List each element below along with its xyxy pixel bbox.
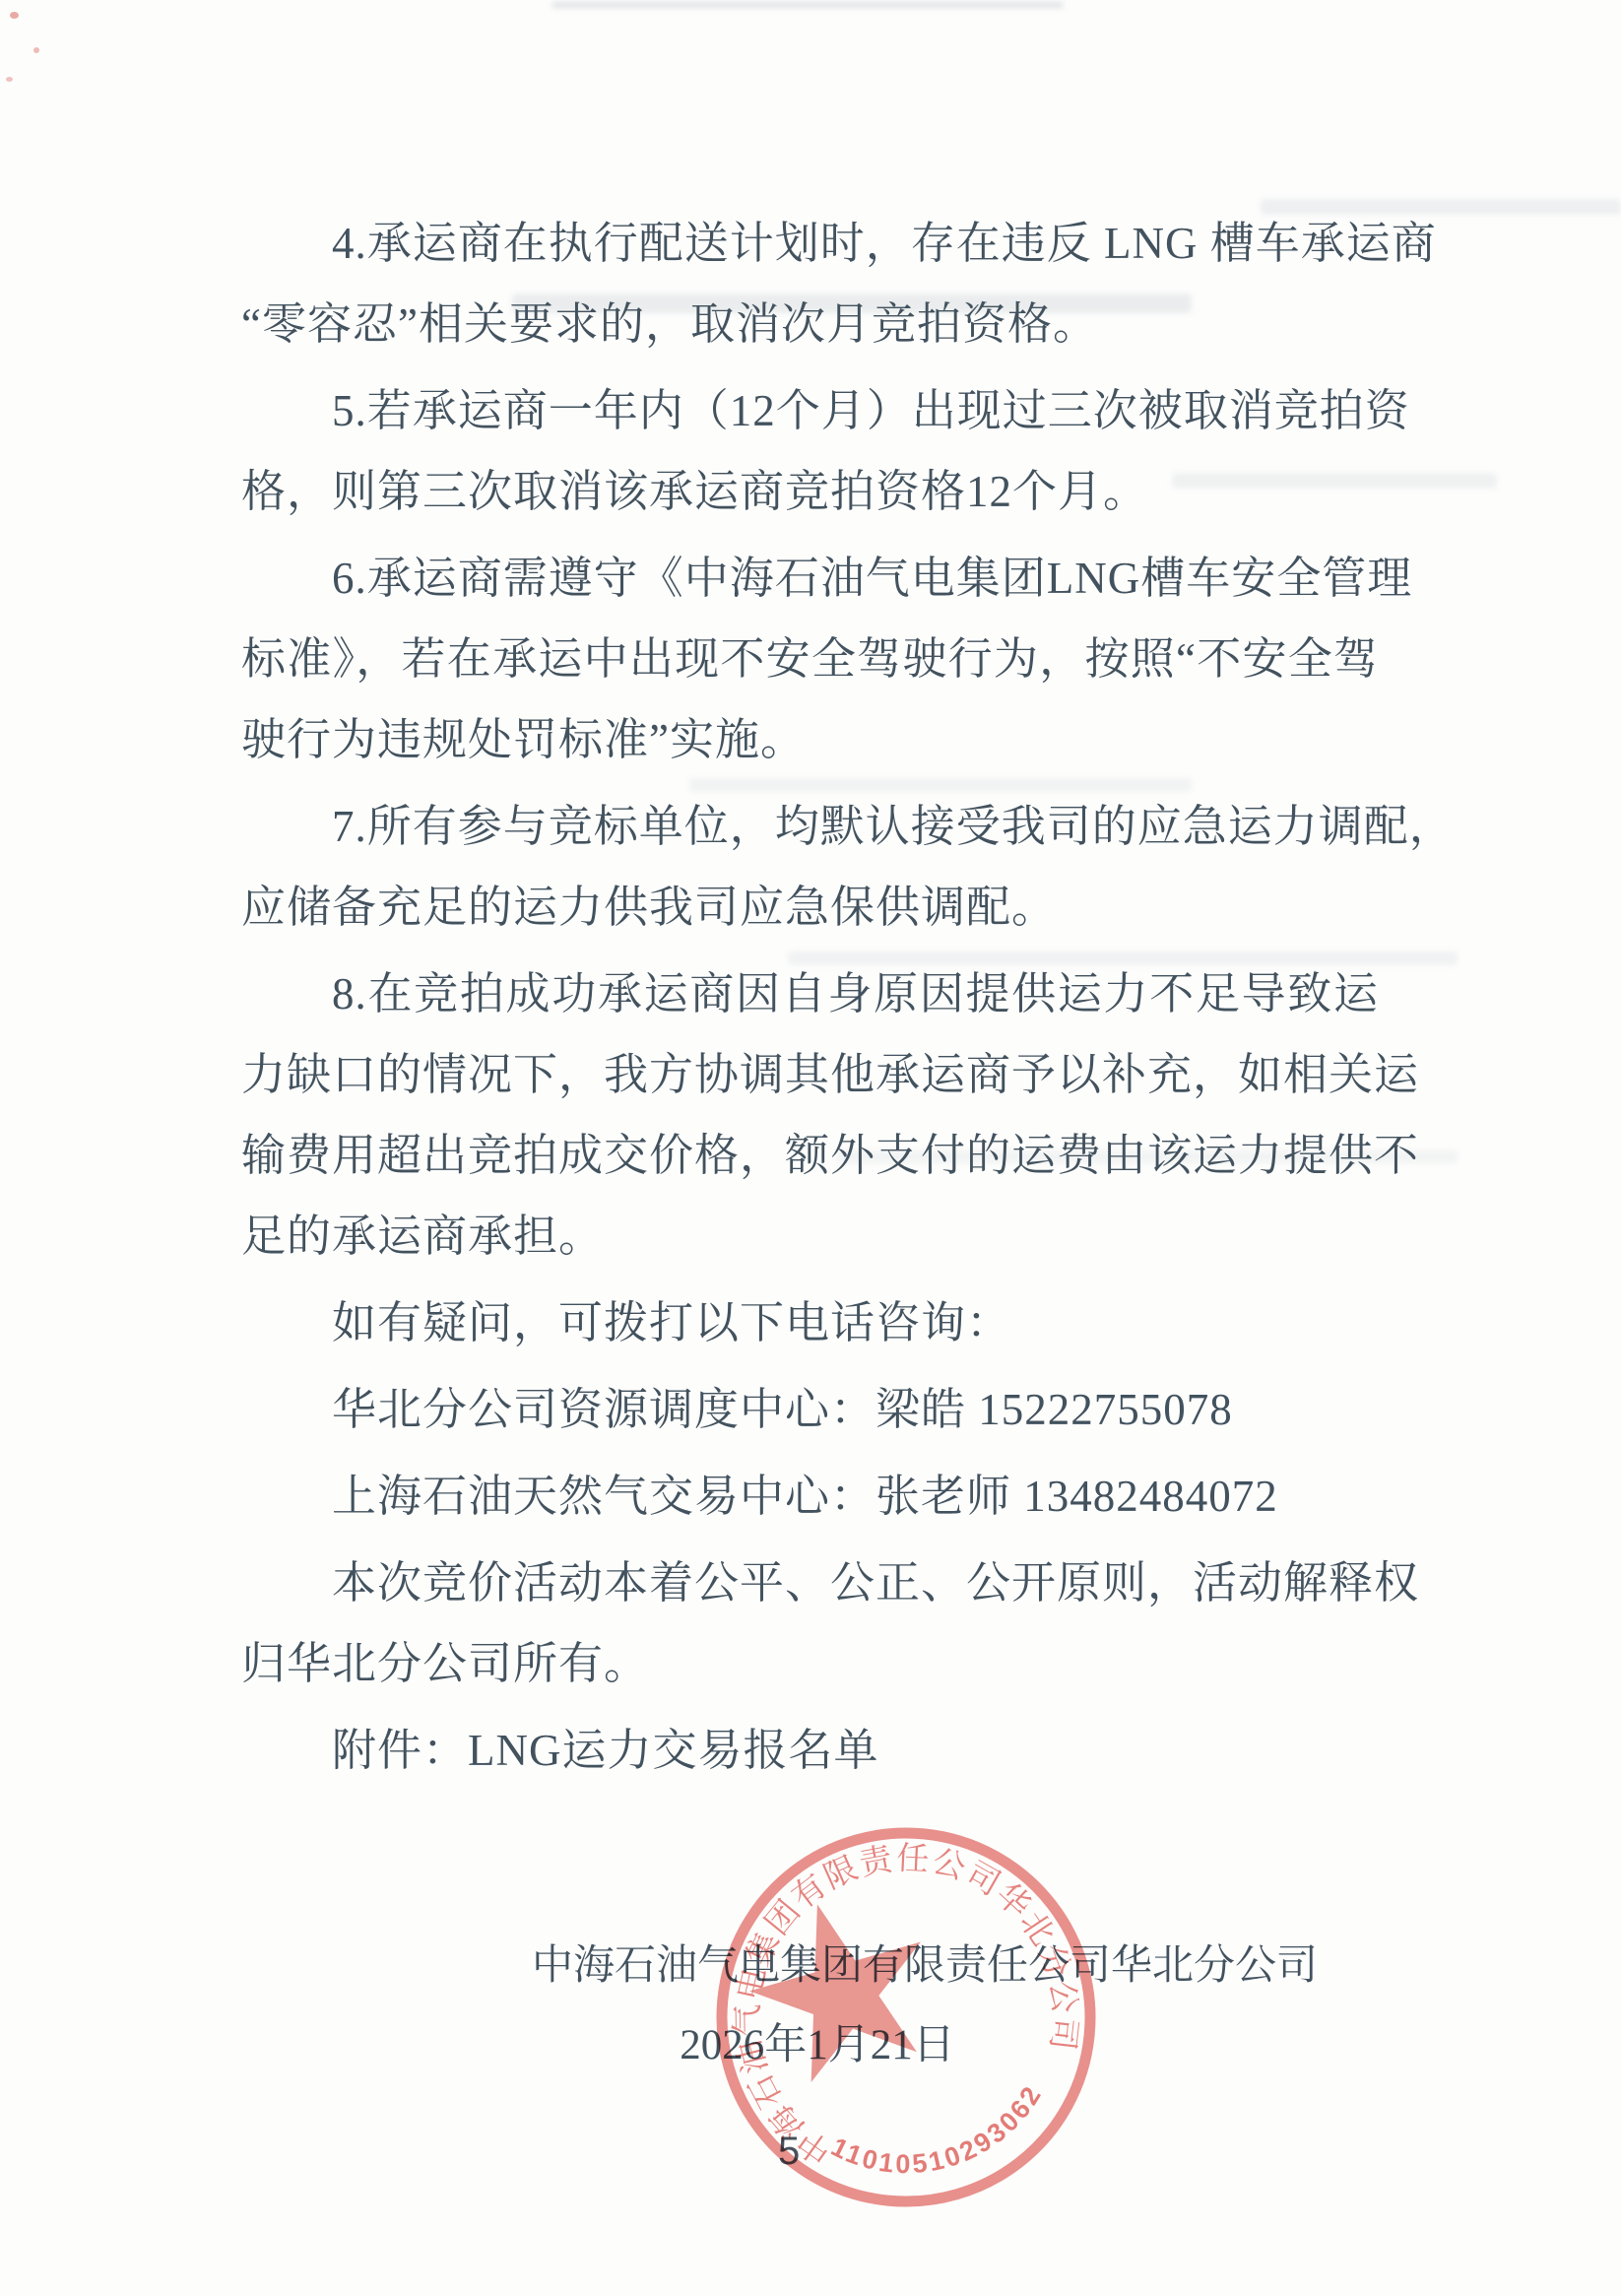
clause-8: 8.在竞拍成功承运商因自身原因提供运力不足导致运 力缺口的情况下，我方协调其他承… <box>241 953 1379 1277</box>
document-body: 4.承运商在执行配送计划时，存在违反 LNG 槽车承运商 “零容忍”相关要求的，… <box>241 203 1379 1797</box>
text-line: 7.所有参与竞标单位，均默认接受我司的应急运力调配， <box>241 786 1379 867</box>
seal-number-text: 11010510293062 <box>820 2073 1062 2204</box>
contact-shanghai: 上海石油天然气交易中心：张老师 13482484072 <box>241 1456 1379 1537</box>
text-line: 8.在竞拍成功承运商因自身原因提供运力不足导致运 <box>241 953 1379 1034</box>
ink-speck <box>6 77 13 82</box>
text-line: 足的承运商承担。 <box>241 1196 1379 1277</box>
text-line: “零容忍”相关要求的，取消次月竞拍资格。 <box>241 284 1379 364</box>
contact-intro: 如有疑问，可拨打以下电话咨询： <box>241 1282 1379 1363</box>
text-line: 归华北分公司所有。 <box>241 1623 1379 1704</box>
text-line: 6.承运商需遵守《中海石油气电集团LNG槽车安全管理 <box>241 538 1379 619</box>
text-line: 格，则第三次取消该承运商竞拍资格12个月。 <box>241 451 1379 532</box>
contact-line: 上海石油天然气交易中心：张老师 13482484072 <box>241 1456 1379 1537</box>
contact-north-china: 华北分公司资源调度中心：梁皓 15222755078 <box>241 1369 1379 1450</box>
clause-6: 6.承运商需遵守《中海石油气电集团LNG槽车安全管理 标准》，若在承运中出现不安… <box>241 538 1379 780</box>
svg-text:11010510293062: 11010510293062 <box>820 2073 1062 2204</box>
clause-4: 4.承运商在执行配送计划时，存在违反 LNG 槽车承运商 “零容忍”相关要求的，… <box>241 203 1379 364</box>
clause-7: 7.所有参与竞标单位，均默认接受我司的应急运力调配， 应储备充足的运力供我司应急… <box>241 786 1379 948</box>
text-line: 输费用超出竞拍成交价格，额外支付的运费由该运力提供不 <box>241 1115 1379 1196</box>
text-line: 应储备充足的运力供我司应急保供调配。 <box>241 867 1379 948</box>
text-line: 驶行为违规处罚标准”实施。 <box>241 699 1379 780</box>
document-page: 4.承运商在执行配送计划时，存在违反 LNG 槽车承运商 “零容忍”相关要求的，… <box>0 0 1621 2296</box>
ink-speck <box>33 47 39 53</box>
scan-artifact <box>551 2 1064 8</box>
svg-text:中海石油气电集团有限责任公司华北分公司: 中海石油气电集团有限责任公司华北分公司 <box>687 1798 1110 2184</box>
ink-speck <box>10 12 19 19</box>
text-line: 5.若承运商一年内（12个月）出现过三次被取消竞拍资 <box>241 370 1379 451</box>
seal-company-text: 中海石油气电集团有限责任公司华北分公司 <box>687 1798 1110 2184</box>
contact-line: 华北分公司资源调度中心：梁皓 15222755078 <box>241 1369 1379 1450</box>
text-line: 本次竞价活动本着公平、公正、公开原则，活动解释权 <box>241 1542 1379 1623</box>
principle-statement: 本次竞价活动本着公平、公正、公开原则，活动解释权 归华北分公司所有。 <box>241 1542 1379 1704</box>
clause-5: 5.若承运商一年内（12个月）出现过三次被取消竞拍资 格，则第三次取消该承运商竞… <box>241 370 1379 532</box>
attachment-note: 附件：LNG运力交易报名单 <box>241 1710 1379 1791</box>
official-seal: 中海石油气电集团有限责任公司华北分公司 11010510293062 <box>670 1781 1142 2254</box>
text-line: 4.承运商在执行配送计划时，存在违反 LNG 槽车承运商 <box>241 203 1379 284</box>
text-line: 如有疑问，可拨打以下电话咨询： <box>241 1282 1379 1363</box>
text-line: 力缺口的情况下，我方协调其他承运商予以补充，如相关运 <box>241 1034 1379 1115</box>
text-line: 附件：LNG运力交易报名单 <box>241 1710 1379 1791</box>
text-line: 标准》，若在承运中出现不安全驾驶行为，按照“不安全驾 <box>241 619 1379 699</box>
